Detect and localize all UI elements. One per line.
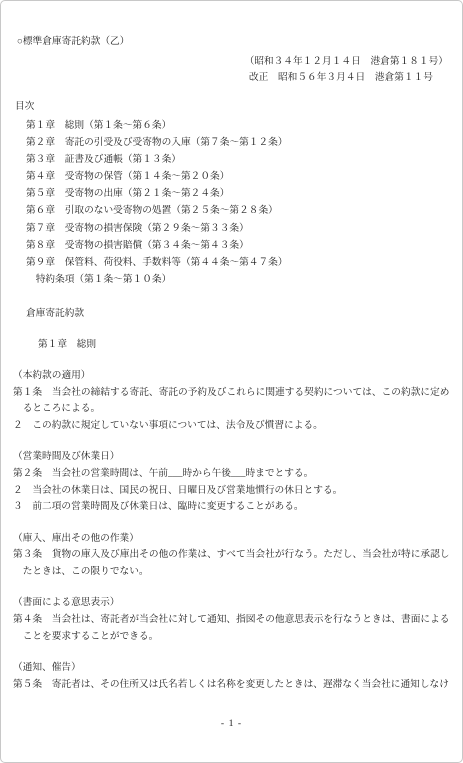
revision-block: （昭和３４年１２月１４日 港倉第１８１号） 改正 昭和５６年３月４日 港倉第１１… [13,54,448,85]
document-page: ○標準倉庫寄託約款（乙） （昭和３４年１２月１４日 港倉第１８１号） 改正 昭和… [0,0,463,763]
revision-date-line: 改正 昭和５６年３月４日 港倉第１１号 [13,70,433,86]
article-caption: （本約款の適用） [13,368,448,385]
article-section: （庫入、庫出その他の作業） 第３条 貨物の庫入及び庫出その他の作業は、すべて当会… [13,531,448,581]
article-caption: （通知、催告） [13,660,448,677]
toc-heading: 目次 [15,99,448,115]
clause-line: 第４条 当会社は、寄託者が当会社に対して通知、指図その他意思表示を行なうときは、… [13,612,450,645]
article-section: （書面による意思表示） 第４条 当会社は、寄託者が当会社に対して通知、指図その他… [13,595,448,645]
article-clauses: 第１条 当会社の締結する寄託、寄託の予約及びこれらに関連する契約については、この… [13,385,448,435]
article-clauses: 第５条 寄託者は、その住所又は氏名若しくは名称を変更したときは、遅滞なく当会社に… [13,677,448,694]
clause-line: ２ この約款に規定していない事項については、法令及び慣習による。 [13,418,450,435]
clause-line: 第２条 当会社の営業時間は、午前___時から午後___時までとする。 [13,466,450,483]
clause-line: 第５条 寄託者は、その住所又は氏名若しくは名称を変更したときは、遅滞なく当会社に… [13,677,450,694]
toc-item: 第８章 受寄物の損害賠償（第３４条～第４３条） [26,237,448,254]
articles: （本約款の適用） 第１条 当会社の締結する寄託、寄託の予約及びこれらに関連する契… [13,368,448,694]
clause-line: 第１条 当会社の締結する寄託、寄託の予約及びこれらに関連する契約については、この… [13,385,450,418]
doc-title: ○標準倉庫寄託約款（乙） [17,34,448,50]
toc-item: 第５章 受寄物の出庫（第２１条～第２４条） [26,185,448,202]
toc-list: 第１章 総則（第１条～第６条）第２章 寄託の引受及び受寄物の入庫（第７条～第１２… [26,117,448,288]
article-caption: （書面による意思表示） [13,595,448,612]
clause-line: ２ 当会社の休業日は、国民の祝日、日曜日及び営業地慣行の休日とする。 [13,483,450,500]
doc-heading: 倉庫寄託約款 [26,306,448,322]
article-section: （営業時間及び休業日） 第２条 当会社の営業時間は、午前___時から午後___時… [13,449,448,515]
article-caption: （営業時間及び休業日） [13,449,448,466]
toc-item: 第６章 引取のない受寄物の処置（第２５条～第２８条） [26,202,448,219]
article-section: （本約款の適用） 第１条 当会社の締結する寄託、寄託の予約及びこれらに関連する契… [13,368,448,434]
article-clauses: 第３条 貨物の庫入及び庫出その他の作業は、すべて当会社が行なう。ただし、当会社が… [13,547,448,580]
article-clauses: 第２条 当会社の営業時間は、午前___時から午後___時までとする。２ 当会社の… [13,466,448,516]
article-caption: （庫入、庫出その他の作業） [13,531,448,548]
toc-item: 第２章 寄託の引受及び受寄物の入庫（第７条～第１２条） [26,134,448,151]
toc-item: 特約条項（第１条～第１０条） [26,271,448,288]
toc-item: 第４章 受寄物の保管（第１４条～第２０条） [26,168,448,185]
article-clauses: 第４条 当会社は、寄託者が当会社に対して通知、指図その他意思表示を行なうときは、… [13,612,448,645]
toc-item: 第７章 受寄物の損害保険（第２９条～第３３条） [26,220,448,237]
clause-line: 第３条 貨物の庫入及び庫出その他の作業は、すべて当会社が行なう。ただし、当会社が… [13,547,450,580]
toc-item: 第３章 証書及び通帳（第１３条） [26,151,448,168]
clause-line: ３ 前二項の営業時間及び休業日は、臨時に変更することがある。 [13,499,450,516]
toc-item: 第９章 保管料、荷役料、手数料等（第４４条～第４７条） [26,254,448,271]
chapter-heading: 第１章 総則 [38,337,448,353]
toc-item: 第１章 総則（第１条～第６条） [26,117,448,134]
article-section: （通知、催告） 第５条 寄託者は、その住所又は氏名若しくは名称を変更したときは、… [13,660,448,693]
issue-date-line: （昭和３４年１２月１４日 港倉第１８１号） [13,54,448,70]
page-number: - 1 - [1,717,462,731]
